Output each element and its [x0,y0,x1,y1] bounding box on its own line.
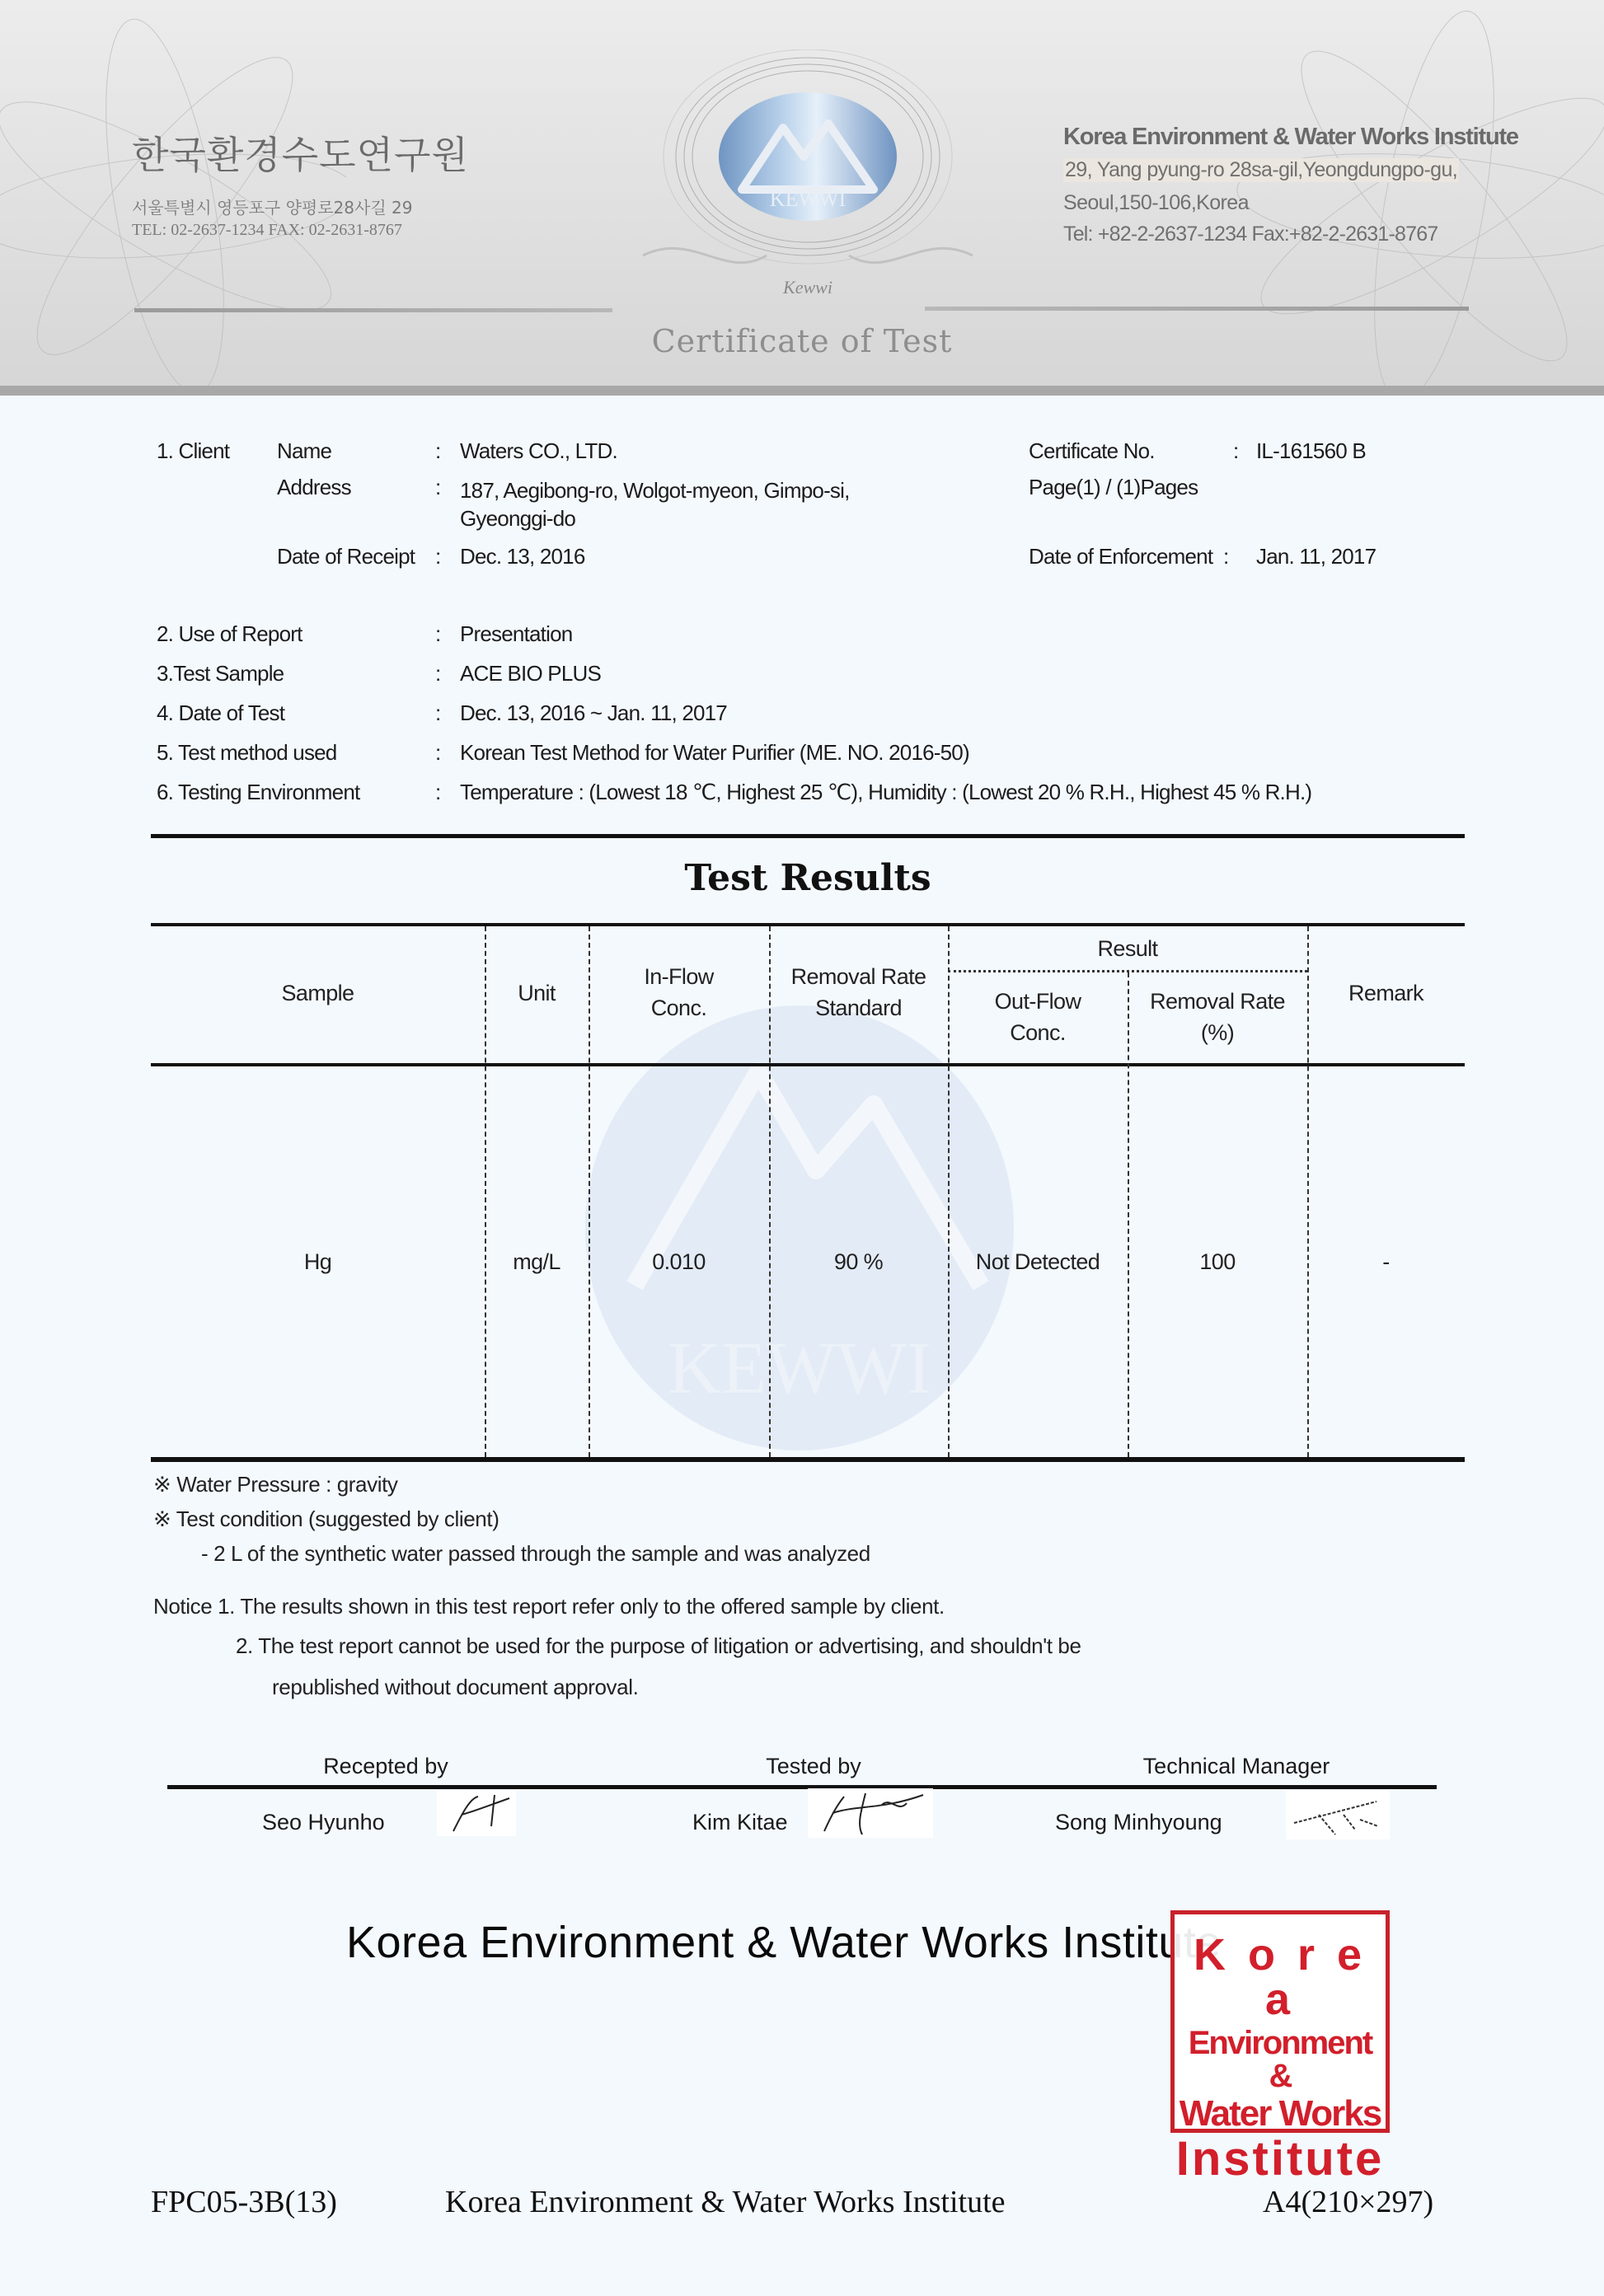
results-top-rule [151,834,1465,838]
section-value: ACE BIO PLUS [460,661,601,686]
client-name-value: Waters CO., LTD. [460,438,617,464]
receipt-date-value: Dec. 13, 2016 [460,544,585,569]
water-pressure-note: ※ Water Pressure : gravity [153,1472,398,1497]
section-value: Dec. 13, 2016 ~ Jan. 11, 2017 [460,701,727,726]
signature-role-manager: Technical Manager [1072,1754,1401,1779]
signature-role-tester: Tested by [649,1754,978,1779]
header-remark: Remark [1307,977,1465,1009]
signature-name-manager: Song Minhyoung [1055,1810,1222,1835]
section-label: 5. Test method used [157,740,336,766]
header-rate-line2: (%) [1128,1017,1307,1048]
header-divider-bar [0,386,1604,396]
client-address-line1: 187, Aegibong-ro, Wolgot-myeon, Gimpo-si… [460,478,850,504]
kewwi-script-mark: Kewwi [758,277,857,298]
header-removal-rate: Removal Rate (%) [1128,986,1307,1048]
signature-song-icon [1286,1790,1390,1839]
table-header-bottom-rule [151,1063,1465,1066]
header-rate-line1: Removal Rate [1128,986,1307,1017]
signature-role-reception: Recepted by [221,1754,551,1779]
cell-standard: 90 % [769,1246,948,1277]
svg-text:KEWWI: KEWWI [770,187,846,211]
client-section-label: 1. Client [157,438,229,464]
header-inflow: In-Flow Conc. [589,961,769,1024]
colon: : [435,740,440,766]
header-inflow-line2: Conc. [589,992,769,1024]
footer-institute: Korea Environment & Water Works Institut… [445,2184,1006,2220]
kewwi-watermark-icon: KEWWI [486,1005,1113,1450]
certificate-number-value: IL-161560 B [1256,438,1366,464]
stamp-line-2: Environment & [1175,2027,1386,2092]
colon: : [435,438,440,464]
korean-contact: TEL: 02-2637-1234 FAX: 02-2631-8767 [132,221,402,240]
signature-name-reception: Seo Hyunho [262,1810,385,1835]
certificate-number-label: Certificate No. [1029,438,1155,464]
client-name-label: Name [277,438,331,464]
colon: : [435,701,440,726]
cell-inflow: 0.010 [589,1246,769,1277]
korean-address: 서울특별시 영등포구 양평로28사길 29 [132,194,412,218]
section-label: 4. Date of Test [157,701,284,726]
section-value: Presentation [460,621,572,647]
header-outflow-line1: Out-Flow [948,986,1128,1017]
header-standard: Removal Rate Standard [769,961,948,1024]
official-seal-stamp: K o r e a Environment & Water Works Inst… [1170,1910,1390,2133]
cell-outflow: Not Detected [948,1246,1128,1277]
stamp-line-4: Institute [1175,2135,1386,2183]
cell-remark: - [1307,1246,1465,1277]
section-value: Korean Test Method for Water Purifier (M… [460,740,969,766]
table-header-top-rule [151,923,1465,926]
english-contact: Tel: +82-2-2637-1234 Fax:+82-2-2631-8767 [1063,223,1438,246]
header-outflow: Out-Flow Conc. [948,986,1128,1048]
header-result-group: Result [948,933,1307,964]
header-unit: Unit [485,977,589,1009]
signature-seo-icon [437,1790,516,1836]
colon: : [1223,544,1228,569]
paper-size: A4(210×297) [1263,2184,1433,2220]
stamp-line-1: K o r e a [1175,1933,1386,2022]
certificate-header: 한국환경수도연구원 서울특별시 영등포구 양평로28사길 29 TEL: 02-… [0,0,1604,387]
stamp-line-3: Water Works [1175,2096,1386,2132]
header-rule-left [134,308,612,312]
guilloche-left-icon [0,0,346,387]
english-address-line1: 29, Yang pyung-ro 28sa-gil,Yeongdungpo-g… [1063,158,1459,182]
kewwi-logo-icon: KEWWI [626,49,989,297]
signature-kim-icon [808,1788,933,1838]
guilloche-right-icon [1203,0,1604,387]
section-label: 3.Test Sample [157,661,284,686]
cell-sample: Hg [151,1246,485,1277]
section-label: 2. Use of Report [157,621,303,647]
notice-1: Notice 1. The results shown in this test… [153,1594,945,1619]
korean-institute-name: 한국환경수도연구원 [132,125,469,180]
result-group-divider [948,970,1307,972]
header-standard-line2: Standard [769,992,948,1024]
header-outflow-line2: Conc. [948,1017,1128,1048]
header-sample: Sample [151,977,485,1009]
signature-rule [167,1785,1437,1789]
table-bottom-rule [151,1457,1465,1462]
section-label: 6. Testing Environment [157,780,359,805]
header-rule-right [925,307,1469,311]
colon: : [435,621,440,647]
enforcement-date-value: Jan. 11, 2017 [1256,544,1376,569]
signature-name-tester: Kim Kitae [692,1810,788,1835]
colon: : [435,544,440,569]
test-condition-detail: - 2 L of the synthetic water passed thro… [201,1541,870,1567]
colon: : [435,661,440,686]
client-address-label: Address [277,475,351,500]
document-title: Certificate of Test [577,323,1027,359]
svg-text:KEWWI: KEWWI [668,1328,931,1409]
institute-name-large: Korea Environment & Water Works Institut… [346,1917,1222,1968]
colon: : [435,780,440,805]
results-title: Test Results [151,857,1465,899]
page-count: Page(1) / (1)Pages [1029,475,1198,500]
header-inflow-line1: In-Flow [589,961,769,992]
test-condition-note: ※ Test condition (suggested by client) [153,1506,499,1532]
client-address-line2: Gyeonggi-do [460,506,575,532]
cell-removal-rate: 100 [1128,1246,1307,1277]
english-address-line2: Seoul,150-106,Korea [1063,191,1249,215]
colon: : [435,475,440,500]
header-standard-line1: Removal Rate [769,961,948,992]
form-code: FPC05-3B(13) [151,2184,337,2220]
section-value: Temperature : (Lowest 18 ℃, Highest 25 ℃… [460,780,1311,805]
cell-unit: mg/L [485,1246,589,1277]
enforcement-date-label: Date of Enforcement [1029,544,1212,569]
english-institute-name: Korea Environment & Water Works Institut… [1063,124,1518,151]
colon: : [1233,438,1238,464]
receipt-date-label: Date of Receipt [277,544,415,569]
notice-2-continued: republished without document approval. [272,1675,638,1700]
notice-2: 2. The test report cannot be used for th… [236,1633,1081,1659]
